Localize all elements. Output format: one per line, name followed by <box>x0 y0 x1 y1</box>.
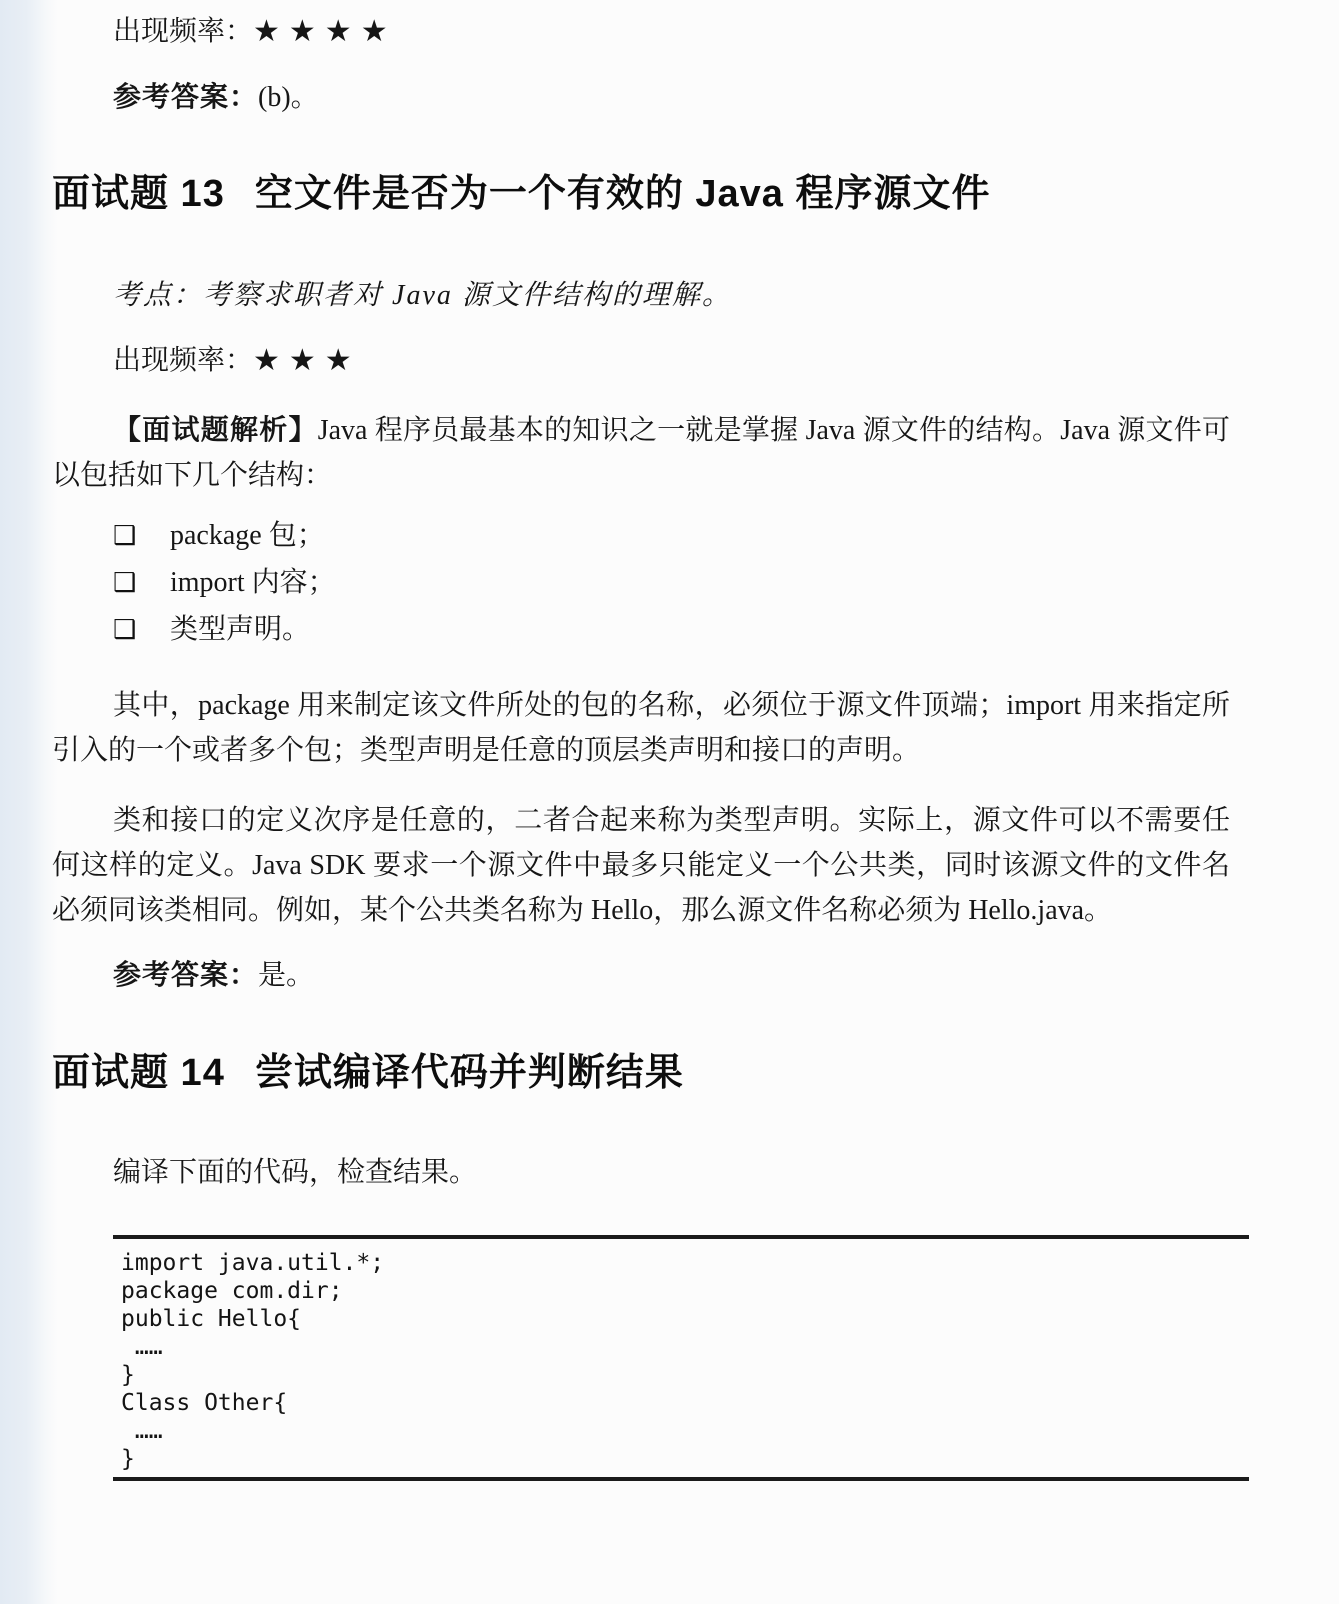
prev-answer-line: 参考答案：(b)。 <box>52 77 1230 118</box>
square-bullet-icon: ❑ <box>113 559 170 606</box>
square-bullet-icon: ❑ <box>113 512 170 559</box>
answer-label: 参考答案： <box>113 81 258 112</box>
question13-title-text: 空文件是否为一个有效的 Java 程序源文件 <box>255 173 991 215</box>
paragraph-class-interface: 类和接口的定义次序是任意的，二者合起来称为类型声明。实际上，源文件可以不需要任何… <box>52 798 1230 933</box>
question14-title-text: 尝试编译代码并判断结果 <box>255 1052 684 1094</box>
code-block: import java.util.*; package com.dir; pub… <box>113 1235 1249 1481</box>
frequency-label: 出现频率： <box>113 16 253 47</box>
prev-frequency-line: 出现频率：★★★★ <box>52 12 1230 52</box>
frequency-label: 出现频率： <box>113 345 253 376</box>
paragraph-package-import: 其中，package 用来制定该文件所处的包的名称，必须位于源文件顶端；impo… <box>52 683 1230 773</box>
list-item: ❑import 内容； <box>52 559 1230 606</box>
list-item-text: package 包； <box>170 520 325 551</box>
frequency-stars: ★★★ <box>253 344 361 377</box>
exam-point-label: 考点： <box>113 280 203 311</box>
question14-number: 面试题 14 <box>52 1052 225 1094</box>
question14-title: 面试题 14尝试编译代码并判断结果 <box>52 1049 1230 1097</box>
answer-value: 是。 <box>258 960 314 991</box>
page-edge-gutter <box>0 0 58 1604</box>
scanned-book-page: { "page": { "background": "#fcfcfc", "gu… <box>0 0 1339 1604</box>
analysis-label: 【面试题解析】 <box>113 414 318 445</box>
code-listing: import java.util.*; package com.dir; pub… <box>121 1249 1249 1473</box>
question14-intro: 编译下面的代码，检查结果。 <box>52 1153 1230 1193</box>
page-content: 出现频率：★★★★ 参考答案：(b)。 面试题 13空文件是否为一个有效的 Ja… <box>52 0 1230 1481</box>
list-item-text: import 内容； <box>170 567 336 598</box>
question13-number: 面试题 13 <box>52 173 225 215</box>
list-item: ❑package 包； <box>52 512 1230 559</box>
frequency-stars: ★★★★ <box>253 15 397 48</box>
list-item-text: 类型声明。 <box>170 614 310 645</box>
question13-frequency-line: 出现频率：★★★ <box>52 341 1230 381</box>
question13-title: 面试题 13空文件是否为一个有效的 Java 程序源文件 <box>52 170 1230 218</box>
source-structure-list: ❑package 包； ❑import 内容； ❑类型声明。 <box>52 512 1230 653</box>
exam-point-text: 考察求职者对 Java 源文件结构的理解。 <box>203 280 732 311</box>
square-bullet-icon: ❑ <box>113 606 170 653</box>
question13-exam-point: 考点：考察求职者对 Java 源文件结构的理解。 <box>52 276 1230 316</box>
answer-value: (b)。 <box>258 82 319 113</box>
question13-analysis-paragraph: 【面试题解析】Java 程序员最基本的知识之一就是掌握 Java 源文件的结构。… <box>52 407 1230 498</box>
list-item: ❑类型声明。 <box>52 606 1230 653</box>
answer-label: 参考答案： <box>113 959 258 990</box>
question13-answer-line: 参考答案：是。 <box>52 955 1230 996</box>
